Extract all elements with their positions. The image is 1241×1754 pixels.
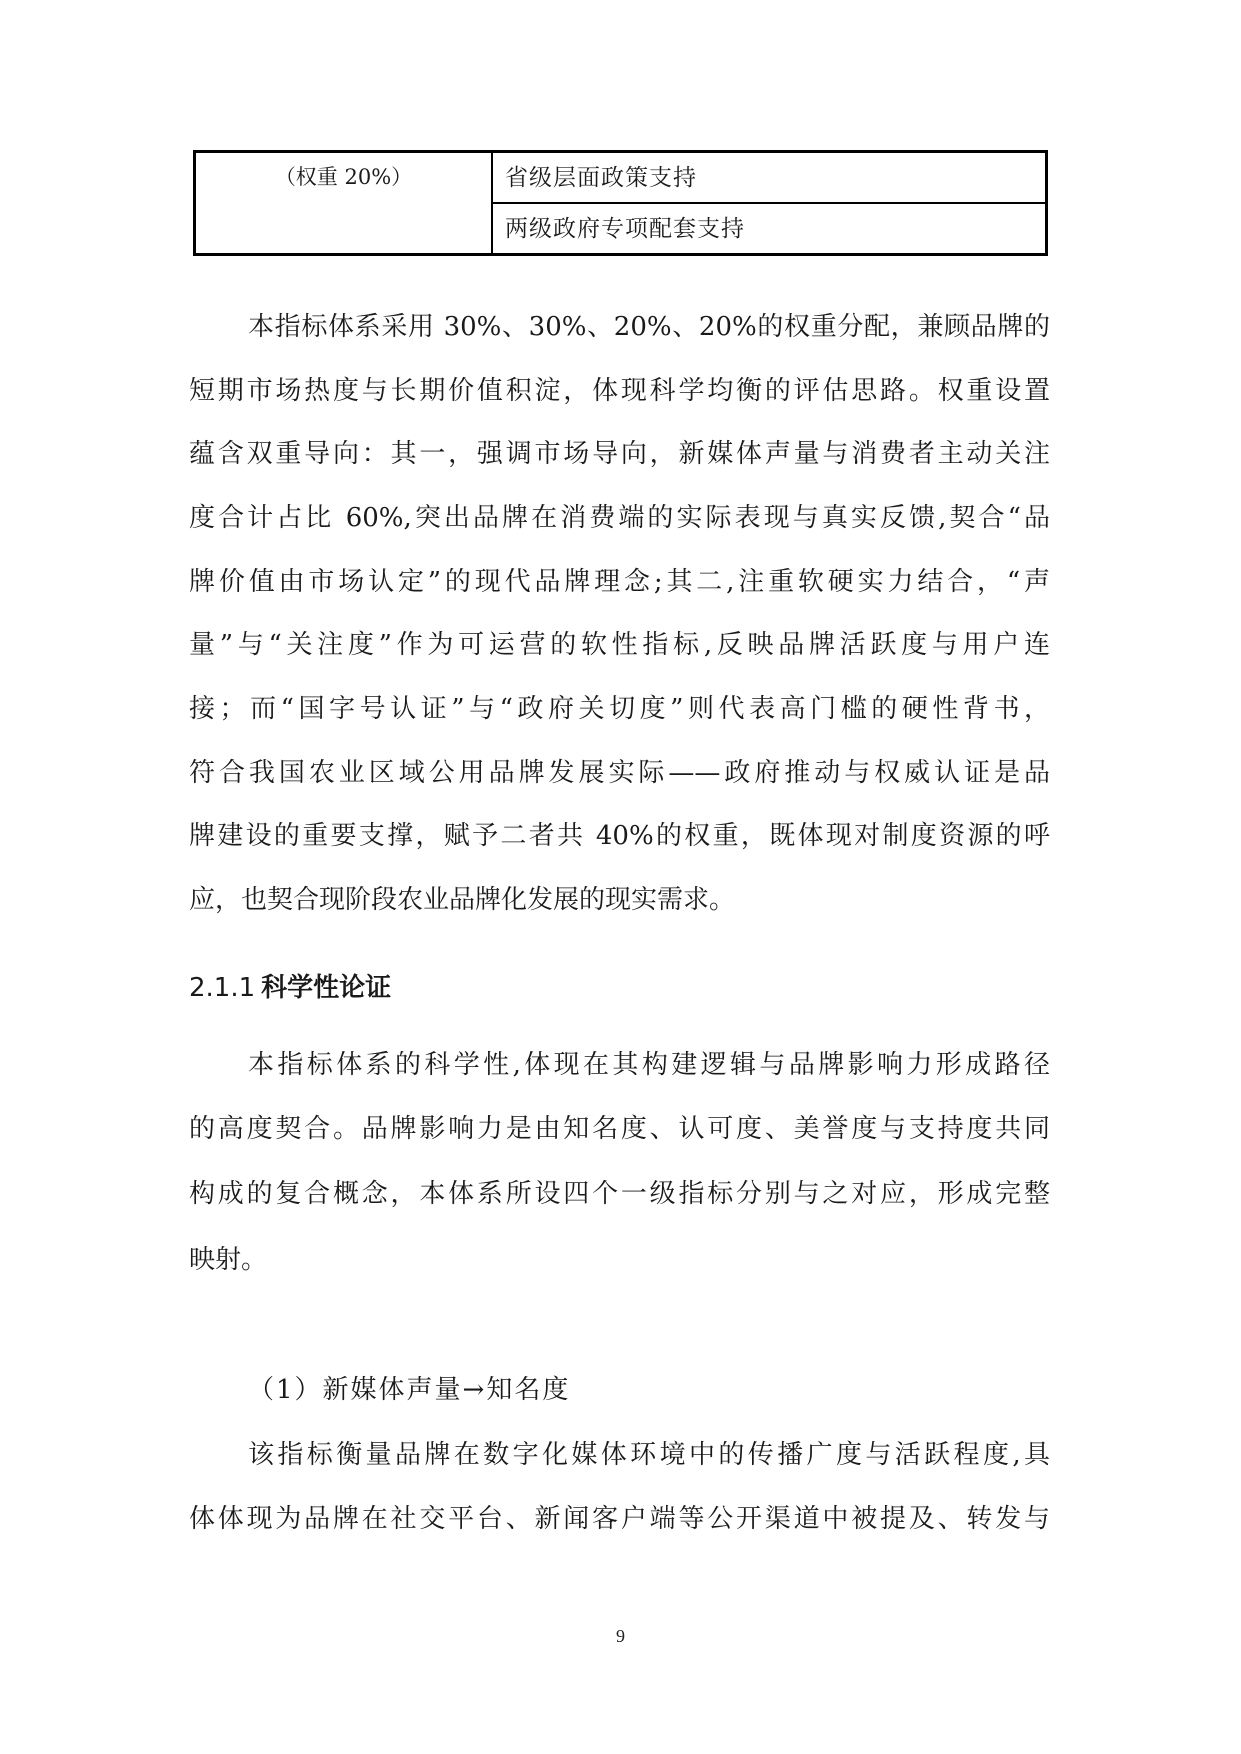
text-line: 构成的复合概念，本体系所设四个一级指标分别与之对应，形成完整 xyxy=(189,1178,1050,1210)
text-line: 牌价值由市场认定”的现代品牌理念;其二,注重软硬实力结合，“声 xyxy=(189,566,1050,598)
text-line: 的高度契合。品牌影响力是由知名度、认可度、美誉度与支持度共同 xyxy=(189,1113,1050,1145)
weight-label: （权重 20%） xyxy=(196,161,491,191)
text-line: 体体现为品牌在社交平台、新闻客户端等公开渠道中被提及、转发与 xyxy=(189,1503,1050,1535)
text-line: 符合我国农业区域公用品牌发展实际——政府推动与权威认证是品 xyxy=(189,757,1050,789)
text-line: 该指标衡量品牌在数字化媒体环境中的传播广度与活跃程度,具 xyxy=(248,1439,1050,1471)
text-line: 量”与“关注度”作为可运营的软性指标,反映品牌活跃度与用户连 xyxy=(189,629,1050,661)
subsection-label: （1）新媒体声量→知名度 xyxy=(248,1374,570,1406)
section-number: 2.1.1 xyxy=(189,973,255,1003)
text-line: 牌建设的重要支撑，赋予二者共 40%的权重，既体现对制度资源的呼 xyxy=(189,820,1050,852)
section-heading: 2.1.1科学性论证 xyxy=(189,972,391,1004)
page-number: 9 xyxy=(0,1626,1241,1647)
text-line: 应，也契合现阶段农业品牌化发展的现实需求。 xyxy=(189,884,1050,916)
text-line: 蕴含双重导向：其一，强调市场导向，新媒体声量与消费者主动关注 xyxy=(189,438,1050,470)
text-line: 映射。 xyxy=(189,1244,1050,1276)
text-line: 本指标体系采用 30%、30%、20%、20%的权重分配，兼顾品牌的 xyxy=(248,311,1050,343)
indicator-table: （权重 20%） 省级层面政策支持 两级政府专项配套支持 xyxy=(193,150,1048,256)
table-cell-weight: （权重 20%） xyxy=(196,153,493,253)
text-line: 度合计占比 60%,突出品牌在消费端的实际表现与真实反馈,契合“品 xyxy=(189,502,1050,534)
document-page: （权重 20%） 省级层面政策支持 两级政府专项配套支持 本指标体系采用 30%… xyxy=(0,0,1241,1754)
section-title: 科学性论证 xyxy=(261,973,391,1003)
table-cell-indicator: 两级政府专项配套支持 xyxy=(493,204,1045,253)
text-line: 短期市场热度与长期价值积淀，体现科学均衡的评估思路。权重设置 xyxy=(189,375,1050,407)
table-column-indicators: 省级层面政策支持 两级政府专项配套支持 xyxy=(493,153,1045,253)
text-line: 本指标体系的科学性,体现在其构建逻辑与品牌影响力形成路径 xyxy=(248,1049,1050,1081)
table-cell-indicator: 省级层面政策支持 xyxy=(493,153,1045,204)
text-line: 接；而“国字号认证”与“政府关切度”则代表高门槛的硬性背书， xyxy=(189,693,1050,725)
